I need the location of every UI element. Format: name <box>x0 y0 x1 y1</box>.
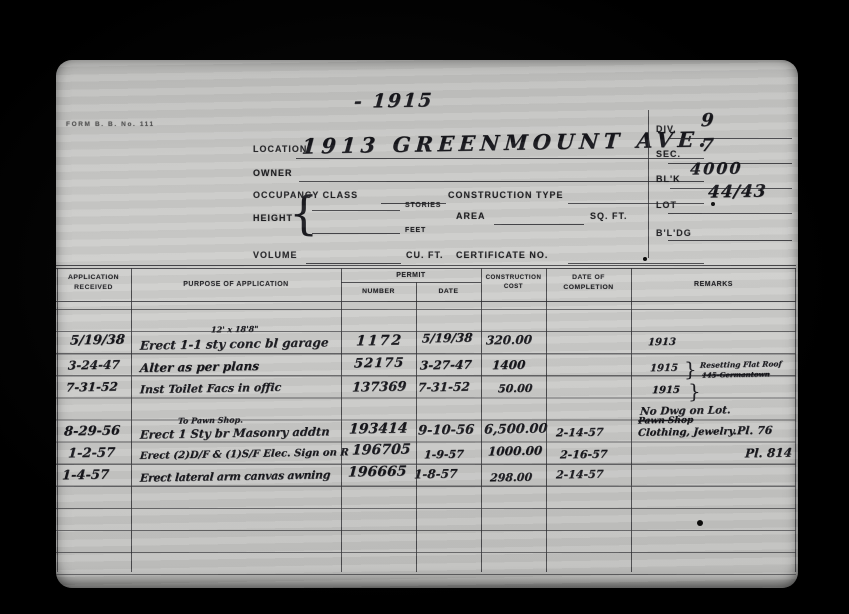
entry-cost: 320.00 <box>485 333 532 348</box>
entry-permit-date: 9-10-56 <box>417 423 474 439</box>
entry-cost: 50.00 <box>498 382 533 396</box>
bldg-underline <box>668 240 792 241</box>
permit-divider <box>341 282 481 283</box>
construction-underline <box>568 203 704 204</box>
entry-purpose-note: 12' x 18'8" <box>211 324 259 335</box>
area-underline <box>494 224 584 225</box>
remarks-brace: } <box>684 357 697 381</box>
entry-received: 3-24-47 <box>67 358 120 373</box>
lot-value: 44/43 <box>707 181 767 202</box>
div-label: DIV. <box>656 124 677 134</box>
col-header-application-received: APPLICATION RECEIVED <box>56 273 131 293</box>
construction-type-label: CONSTRUCTION TYPE <box>448 190 564 200</box>
div-value: 9 <box>700 110 714 131</box>
owner-underline <box>299 181 704 182</box>
cuft-label: CU. FT. <box>406 250 444 260</box>
entry-permit-date: 5/19/38 <box>421 331 473 346</box>
col-header-remarks: REMARKS <box>631 280 796 291</box>
entry-permit-number: 1172 <box>355 333 403 350</box>
entry-received: 1-2-57 <box>67 446 115 462</box>
col-header-date-of-completion: DATE OF COMPLETION <box>546 273 631 293</box>
certificate-underline <box>568 263 704 264</box>
stories-label: STORIES <box>405 202 441 209</box>
scanned-page: FORM B. B. No. 111 - 1915 LOCATION 1913 … <box>0 0 849 614</box>
entry-permit-number: 52175 <box>353 356 404 372</box>
remarks-brace: } <box>688 379 701 403</box>
bldg-label: B'L'DG <box>656 228 692 238</box>
entry-permit-date: 1-8-57 <box>413 467 457 482</box>
form-number: FORM B. B. No. 111 <box>66 121 155 128</box>
certificate-no-label: CERTIFICATE NO. <box>456 250 548 260</box>
col-header-purpose: PURPOSE OF APPLICATION <box>131 280 341 291</box>
height-brace: { <box>289 186 318 240</box>
entry-purpose: Inst Toilet Facs in offic <box>139 381 281 396</box>
entry-permit-date: 3-27-47 <box>419 358 472 373</box>
entry-completion-date: 2-16-57 <box>560 448 608 462</box>
feet-underline <box>312 233 400 234</box>
ink-speck <box>711 202 715 206</box>
sqft-label: SQ. FT. <box>590 211 628 221</box>
volume-label: VOLUME <box>253 250 298 260</box>
col-header-number: NUMBER <box>341 287 416 297</box>
entry-permit-number: 196665 <box>347 463 407 480</box>
entry-permit-date: 1-9-57 <box>424 448 465 462</box>
table-top-border <box>56 265 796 266</box>
location-label: LOCATION <box>253 144 307 154</box>
entry-remarks: 1915 <box>650 363 679 374</box>
entry-completion-date: 2-14-57 <box>556 468 604 482</box>
entry-cost: 1400 <box>491 358 525 373</box>
entry-remarks-note-2: 145-Germantown <box>702 369 770 379</box>
location-underline <box>296 158 704 159</box>
feet-label: FEET <box>405 227 426 234</box>
entry-received: 1-4-57 <box>61 468 109 484</box>
area-label: AREA <box>456 211 486 221</box>
entry-permit-date: 7-31-52 <box>417 380 470 395</box>
entry-remarks: 1913 <box>648 337 677 348</box>
entry-permit-number: 137369 <box>351 380 406 396</box>
col-header-permit: PERMIT <box>341 271 481 282</box>
location-value-handwritten: 1913 GREENMOUNT AVE. <box>301 126 712 158</box>
entry-completion-date: 2-14-57 <box>556 426 604 440</box>
owner-label: OWNER <box>253 168 293 178</box>
entry-remarks: Clothing, Jewelry. <box>638 426 738 439</box>
blk-value: 4000 <box>689 159 743 179</box>
ink-speck <box>643 257 647 261</box>
permit-record-card: FORM B. B. No. 111 - 1915 LOCATION 1913 … <box>56 60 798 588</box>
entry-remarks: 1915 <box>652 385 681 396</box>
entry-remarks-note: Resetting Flat Roof <box>700 359 782 369</box>
sec-label: SEC. <box>656 149 681 159</box>
table-top-border-2 <box>56 268 796 269</box>
col-header-date: DATE <box>416 287 481 297</box>
entry-purpose-note: To Pawn Shop. <box>178 414 244 425</box>
entry-permit-number: 196705 <box>351 441 411 458</box>
stories-underline <box>312 210 400 211</box>
entry-received: 8-29-56 <box>63 424 120 440</box>
sec-value: 7 <box>700 135 714 156</box>
lot-label: LOT <box>656 200 677 210</box>
ink-speck <box>697 520 703 526</box>
col-header-construction-cost: CONSTRUCTION COST <box>481 273 546 292</box>
parcel-box-border <box>648 110 649 258</box>
div-underline <box>668 138 792 139</box>
entry-cost: 1000.00 <box>487 444 542 459</box>
height-label: HEIGHT <box>253 213 293 223</box>
entry-received: 7-31-52 <box>65 380 118 395</box>
entry-plat-ref: Pl. 76 <box>737 424 773 438</box>
entry-cost: 298.00 <box>490 471 533 485</box>
entry-received: 5/19/38 <box>69 333 125 349</box>
blk-label: BL'K <box>656 174 681 184</box>
year-note-handwritten: - 1915 <box>353 89 434 112</box>
entry-plat-ref: Pl. 814 <box>744 446 792 461</box>
entry-cost: 6,500.00 <box>483 421 547 437</box>
entry-permit-number: 193414 <box>348 420 408 437</box>
entry-purpose: Alter as per plans <box>139 359 259 375</box>
lot-underline <box>668 213 792 214</box>
volume-underline <box>306 263 401 264</box>
remarks-pawn-shop-note: Pawn Shop <box>638 416 694 427</box>
